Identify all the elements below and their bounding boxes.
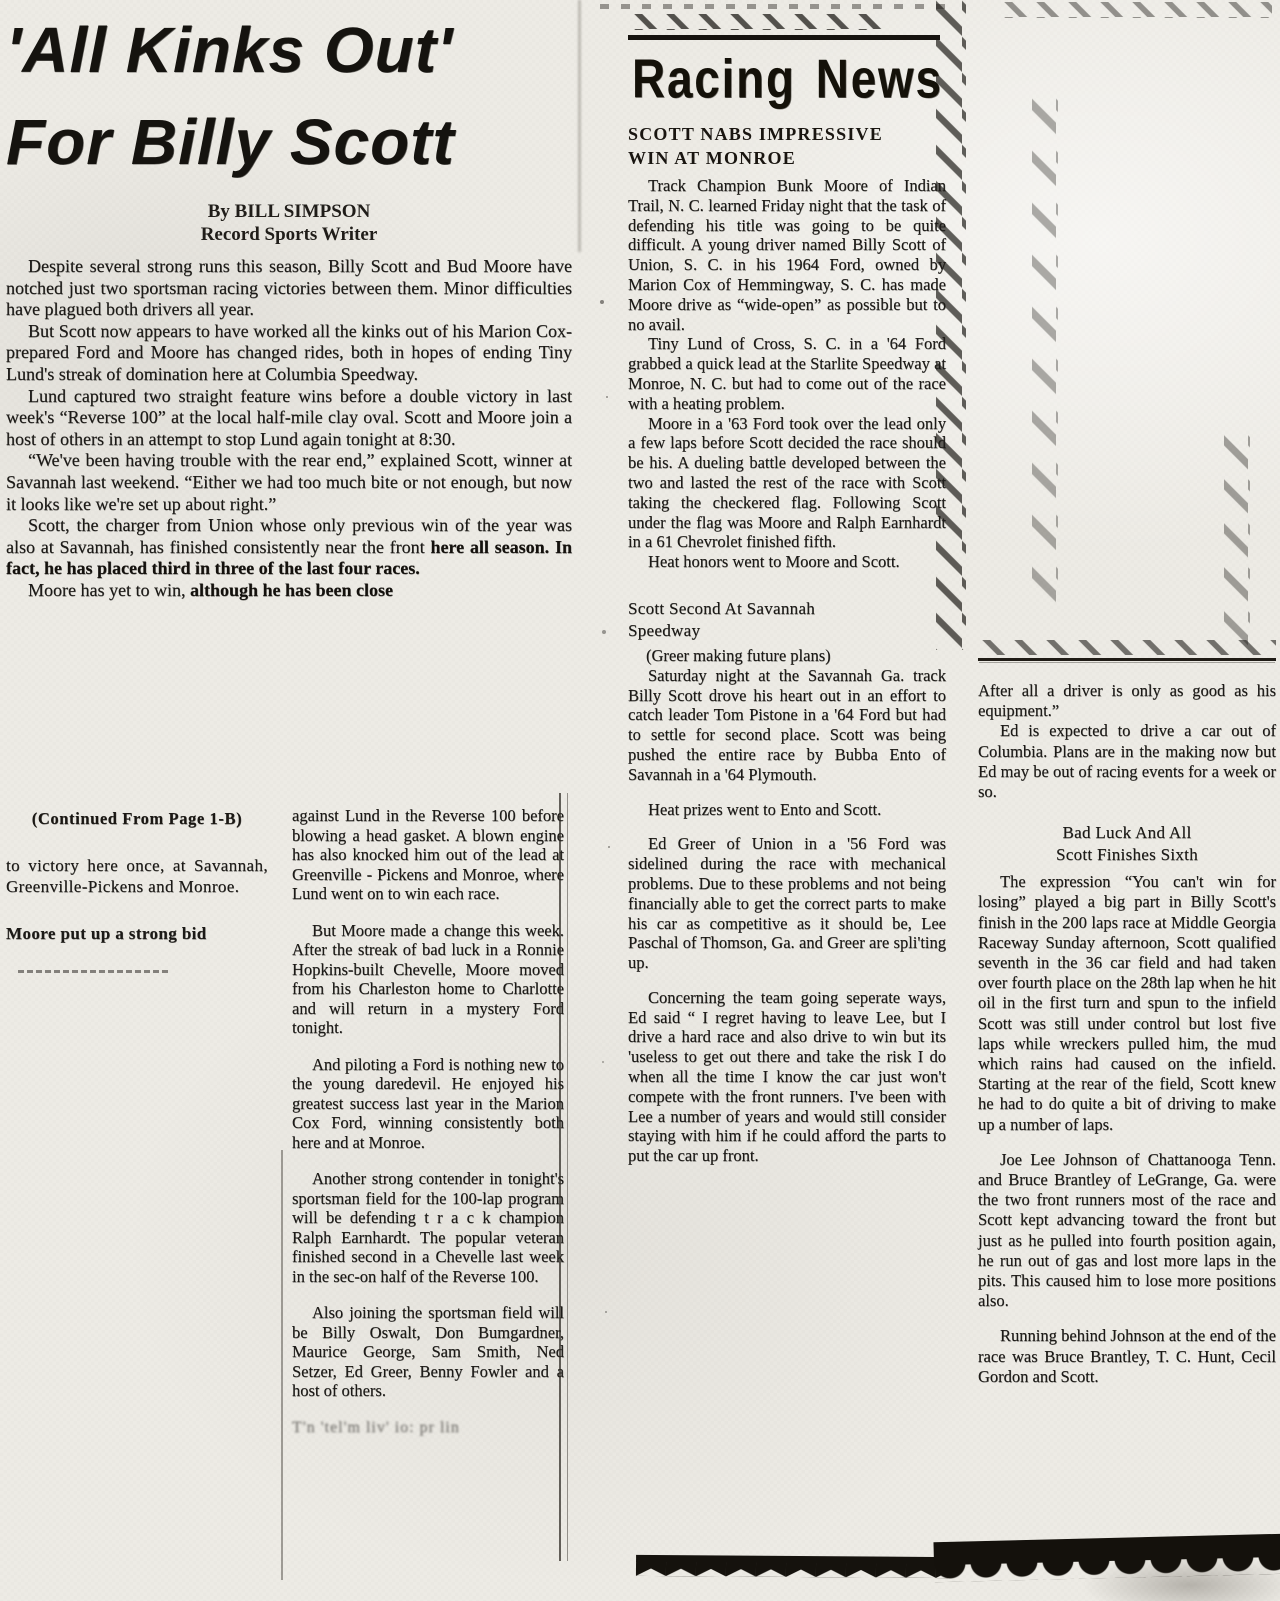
headline-line2: For Billy Scott <box>6 106 455 178</box>
subhead-line1: Bad Luck And All <box>978 822 1276 844</box>
paper-fold-decoration <box>578 0 581 252</box>
continued-right-column: against Lund in the Reverse 100 before b… <box>292 806 564 1437</box>
article-paragraph: But Moore made a change this week. After… <box>292 921 564 1038</box>
article-paragraph: Also joining the sportsman field will be… <box>292 1303 564 1401</box>
headline-line1: 'All Kinks Out' <box>6 14 453 86</box>
subhead-line1: Scott Second At Savannah <box>628 598 946 620</box>
torn-edge-decoration <box>630 14 886 30</box>
article-paragraph: Saturday night at the Savannah Ga. track… <box>628 666 946 785</box>
masthead-rule <box>628 35 940 40</box>
article-paragraph: After all a driver is only as good as hi… <box>978 681 1276 721</box>
article-paragraph: Moore put up a strong bid <box>6 923 268 944</box>
article-paragraph: The expression “You can't win for losing… <box>978 872 1276 1135</box>
story-kicker: (Greer making future plans) <box>628 646 946 666</box>
story-subhead: SCOTT NABS IMPRESSIVE WIN AT MONROE <box>628 122 946 170</box>
article-paragraph: But Scott now appears to have worked all… <box>6 321 572 386</box>
column-divider-rule <box>281 1150 283 1580</box>
left-article: 'All Kinks Out' For Billy Scott By BILL … <box>6 4 572 602</box>
torn-edge-decoration <box>1000 2 1272 18</box>
torn-edge-decoration <box>933 1534 1280 1591</box>
article-paragraph: Running behind Johnson at the end of the… <box>978 1326 1276 1387</box>
continued-left-column: (Continued From Page 1-B) to victory her… <box>6 808 268 973</box>
article-paragraph: Concerning the team going seperate ways,… <box>628 988 946 1166</box>
article-paragraph: against Lund in the Reverse 100 before b… <box>292 806 564 904</box>
racing-news-body: Track Champion Bunk Moore of Indian Trai… <box>628 176 946 1166</box>
continued-from-label: (Continued From Page 1-B) <box>6 808 268 829</box>
article-paragraph: Heat honors went to Moore and Scott. <box>628 552 946 572</box>
article-body: Despite several strong runs this season,… <box>6 256 572 602</box>
right-column-body: After all a driver is only as good as hi… <box>978 681 1276 1387</box>
byline: By BILL SIMPSON Record Sports Writer <box>6 200 572 246</box>
torn-edge-decoration <box>0 772 576 791</box>
torn-edge-decoration <box>636 1555 948 1579</box>
article-paragraph: Ed Greer of Union in a '56 Ford was side… <box>628 834 946 973</box>
article-paragraph: Another strong contender in tonight's sp… <box>292 1169 564 1286</box>
article-paragraph: Ed is expected to drive a car out of Col… <box>978 721 1276 802</box>
column-divider-rule <box>559 793 568 1561</box>
scan-smudge-decoration <box>600 4 948 9</box>
article-paragraph: Joe Lee Johnson of Chattanooga Tenn. and… <box>978 1150 1276 1312</box>
article-paragraph: And piloting a Ford is nothing new to th… <box>292 1055 564 1153</box>
article-paragraph: Despite several strong runs this season,… <box>6 256 572 321</box>
article-headline: 'All Kinks Out' For Billy Scott <box>6 4 572 188</box>
racing-news-masthead: Racing News <box>632 48 915 111</box>
article-paragraph: to victory here once, at Savannah, Green… <box>6 855 268 897</box>
torn-edge-decoration <box>978 640 1276 655</box>
smudge-rule-decoration <box>18 970 168 973</box>
byline-role: Record Sports Writer <box>6 223 572 246</box>
newspaper-clipping-page: 'All Kinks Out' For Billy Scott By BILL … <box>0 0 1280 1601</box>
article-paragraph: “We've been having trouble with the rear… <box>6 450 572 515</box>
torn-edge-decoration <box>1224 430 1250 655</box>
right-column: After all a driver is only as good as hi… <box>978 640 1276 1387</box>
article-paragraph: Scott, the charger from Union whose only… <box>6 515 572 580</box>
story-subhead: Scott Second At Savannah Speedway <box>628 598 946 642</box>
article-paragraph: Moore has yet to win, although he has be… <box>6 580 572 602</box>
racing-news-column: Racing News SCOTT NABS IMPRESSIVE WIN AT… <box>628 14 946 1166</box>
article-paragraph: Heat prizes went to Ento and Scott. <box>628 800 946 820</box>
paragraph-bold-text: although he has been close <box>190 580 393 600</box>
column-top-rule <box>978 658 1276 661</box>
article-paragraph: Tiny Lund of Cross, S. C. in a '64 Ford … <box>628 334 946 413</box>
paragraph-text: Moore has yet to win, <box>28 580 190 600</box>
subhead-line2: WIN AT MONROE <box>628 146 946 170</box>
byline-author: By BILL SIMPSON <box>6 200 572 223</box>
subhead-line2: Scott Finishes Sixth <box>978 844 1276 866</box>
torn-edge-decoration <box>1032 90 1058 610</box>
article-paragraph: Lund captured two straight feature wins … <box>6 386 572 451</box>
article-paragraph: Track Champion Bunk Moore of Indian Trai… <box>628 176 946 334</box>
story-subhead: Bad Luck And All Scott Finishes Sixth <box>978 822 1276 866</box>
illegible-smudge-text: T'n 'tel'm liv' io: pr lin <box>292 1418 564 1438</box>
article-paragraph: Moore in a '63 Ford took over the lead o… <box>628 414 946 553</box>
subhead-line1: SCOTT NABS IMPRESSIVE <box>628 122 946 146</box>
subhead-line2: Speedway <box>628 620 946 642</box>
ink-speck-decoration <box>600 300 604 304</box>
